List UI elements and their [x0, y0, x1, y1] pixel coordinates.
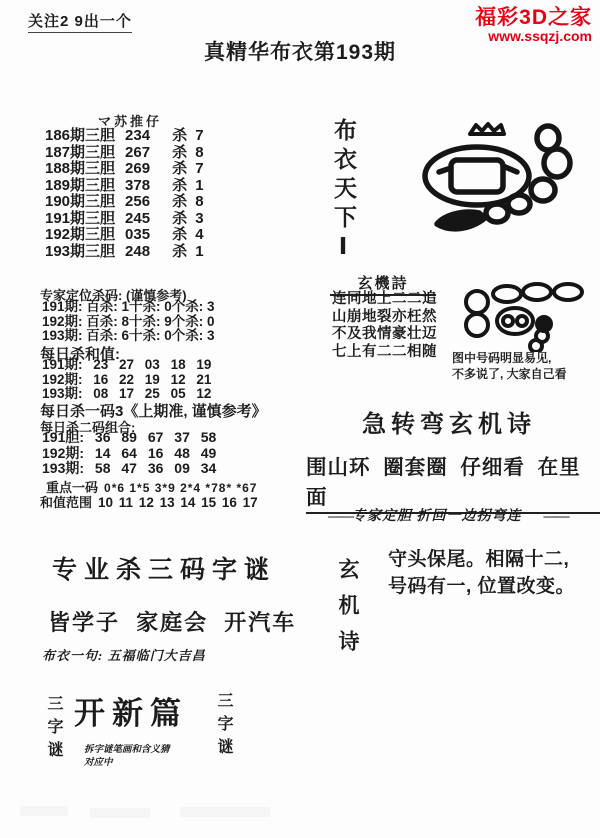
daily-two-kill-rows: 191胆: 36 89 67 37 58192期: 14 64 16 48 49…	[42, 430, 216, 477]
dan-period: 189期三胆	[45, 178, 115, 195]
riddle-hint-line1: 拆字谜笔画和含义猜	[84, 744, 170, 757]
site-watermark: 福彩3D之家 www.ssqzj.com	[475, 6, 592, 44]
dan-kill-value: 杀 8	[172, 194, 204, 211]
kill3-riddle-line: 皆学子 家庭会 开汽车	[48, 606, 296, 637]
xuanji-note: 图中号码明显易见, 不多说了, 大家自己看	[452, 350, 567, 382]
riddle-hint-line2: 对应中	[84, 757, 170, 770]
daily-sum-kill-row: 191期: 23 27 03 18 19	[42, 358, 211, 373]
expert-kill-rows: 191期: 百杀: 1十杀: 0个杀: 3192期: 百杀: 8十杀: 9个杀:…	[42, 300, 215, 344]
expert-kill-row: 191期: 百杀: 1十杀: 0个杀: 3	[42, 300, 215, 315]
xuanji-poem-line: 七上有二二相随	[332, 344, 437, 362]
xuanji-poem-line: 不及我情豪壮迈	[332, 326, 437, 344]
three-char-riddle-label-left: 三字谜	[42, 695, 65, 764]
daily-two-kill-row: 193期: 58 47 36 09 34	[42, 461, 216, 477]
daily-two-kill-row: 191胆: 36 89 67 37 58	[42, 430, 216, 446]
dan-kill-value: 杀 8	[172, 145, 204, 162]
dan-period: 192期三胆	[45, 227, 115, 244]
three-char-riddle-label-right: 三字谜	[212, 692, 235, 761]
kill3-riddle-title: 专业杀三码字谜	[52, 550, 276, 586]
bottom-poem-line1: 守头保尾。相隔十二,	[388, 546, 575, 573]
dan-period: 190期三胆	[45, 194, 115, 211]
xuanji-poem-line: 山崩地裂亦枉然	[332, 309, 437, 327]
buyi-sentence: 布衣一句: 五福临门大吉昌	[42, 645, 206, 664]
sum-range-line: 和值范围 10 11 12 13 14 15 16 17	[40, 492, 258, 511]
dan-number: 256	[125, 194, 150, 211]
dan-kill-value: 杀 3	[172, 211, 204, 228]
site-url: www.ssqzj.com	[475, 29, 592, 44]
expert-kill-row: 193期: 百杀: 6十杀: 0个杀: 3	[42, 329, 215, 344]
dan-history-row: 188期三胆 269 杀 7	[45, 161, 204, 178]
dan-history-row: 187期三胆 267 杀 8	[45, 145, 204, 162]
focus-note: 关注2 9出一个	[28, 10, 132, 33]
dan-number: 248	[125, 244, 150, 261]
dan-number: 234	[125, 128, 150, 145]
dan-kill-value: 杀 7	[172, 161, 204, 178]
sharp-turn-poem-title: 急转弯玄机诗	[362, 404, 536, 439]
dan-history-row: 192期三胆 035 杀 4	[45, 227, 204, 244]
daily-sum-kill-row: 192期: 16 22 19 12 21	[42, 373, 211, 388]
dan-history-row: 191期三胆 245 杀 3	[45, 211, 204, 228]
dan-number: 245	[125, 211, 150, 228]
xuanji-note-line1: 图中号码明显易见,	[452, 350, 567, 366]
dan-number: 378	[125, 178, 150, 195]
bottom-poem: 守头保尾。相隔十二, 号码有一, 位置改变。	[388, 546, 575, 600]
bottom-poem-line2: 号码有一, 位置改变。	[388, 573, 575, 600]
daily-two-kill-row: 192期: 14 64 16 48 49	[42, 446, 216, 462]
dan-history-row: 189期三胆 378 杀 1	[45, 178, 204, 195]
dan-history-row: 193期三胆 248 杀 1	[45, 244, 204, 261]
site-name: 福彩3D之家	[475, 6, 592, 29]
dash-right: ——	[544, 509, 568, 524]
expert-dan-text: 专家定胆 折回一边拐弯连	[352, 509, 522, 524]
dash-left: ——	[328, 509, 352, 524]
sum-range-label: 和值范围	[40, 492, 92, 511]
dan-kill-value: 杀 1	[172, 244, 204, 261]
dan-history-row: 190期三胆 256 杀 8	[45, 194, 204, 211]
scan-artifact	[180, 807, 270, 817]
dan-period: 186期三胆	[45, 128, 115, 145]
dan-kill-value: 杀 7	[172, 128, 204, 145]
daily-sum-kill-rows: 191期: 23 27 03 18 19192期: 16 22 19 12 21…	[42, 358, 211, 402]
dan-period: 191期三胆	[45, 211, 115, 228]
scanned-lottery-sheet: 关注2 9出一个 真精华布衣第193期 福彩3D之家 www.ssqzj.com…	[0, 0, 600, 838]
buyi-tianxia-title: 布衣天下Ⅰ	[328, 118, 361, 266]
dan-history-list: 186期三胆 234 杀 7 187期三胆 267 杀 8 188期三胆 269…	[45, 128, 204, 260]
xuanji-poem-line: 连同地上二二追	[332, 291, 437, 309]
hand-drawn-chain-doodle-icon	[462, 280, 588, 352]
sum-range-value: 10 11 12 13 14 15 16 17	[98, 495, 258, 510]
dan-period: 188期三胆	[45, 161, 115, 178]
three-char-riddle-answer: 开新篇	[74, 688, 188, 733]
dan-period: 193期三胆	[45, 244, 115, 261]
riddle-hint-note: 拆字谜笔画和含义猜 对应中	[84, 744, 170, 770]
dan-history-row: 186期三胆 234 杀 7	[45, 128, 204, 145]
expert-kill-row: 192期: 百杀: 8十杀: 9个杀: 0	[42, 315, 215, 330]
dan-number: 267	[125, 145, 150, 162]
hand-drawn-number-doodle-icon	[415, 118, 595, 236]
dan-kill-value: 杀 4	[172, 227, 204, 244]
dan-number: 269	[125, 161, 150, 178]
scan-artifact	[20, 806, 68, 816]
dan-period: 187期三胆	[45, 145, 115, 162]
expert-dan-line: ——专家定胆 折回一边拐弯连——	[328, 505, 568, 525]
bottom-poem-vertical-title: 玄机诗	[332, 558, 362, 666]
scan-artifact	[90, 808, 150, 818]
dan-number: 035	[125, 227, 150, 244]
dan-kill-value: 杀 1	[172, 178, 204, 195]
xuanji-note-line2: 不多说了, 大家自己看	[452, 366, 567, 382]
xuanji-poem-lines: 连同地上二二追山崩地裂亦枉然不及我情豪壮迈七上有二二相随	[332, 291, 437, 361]
